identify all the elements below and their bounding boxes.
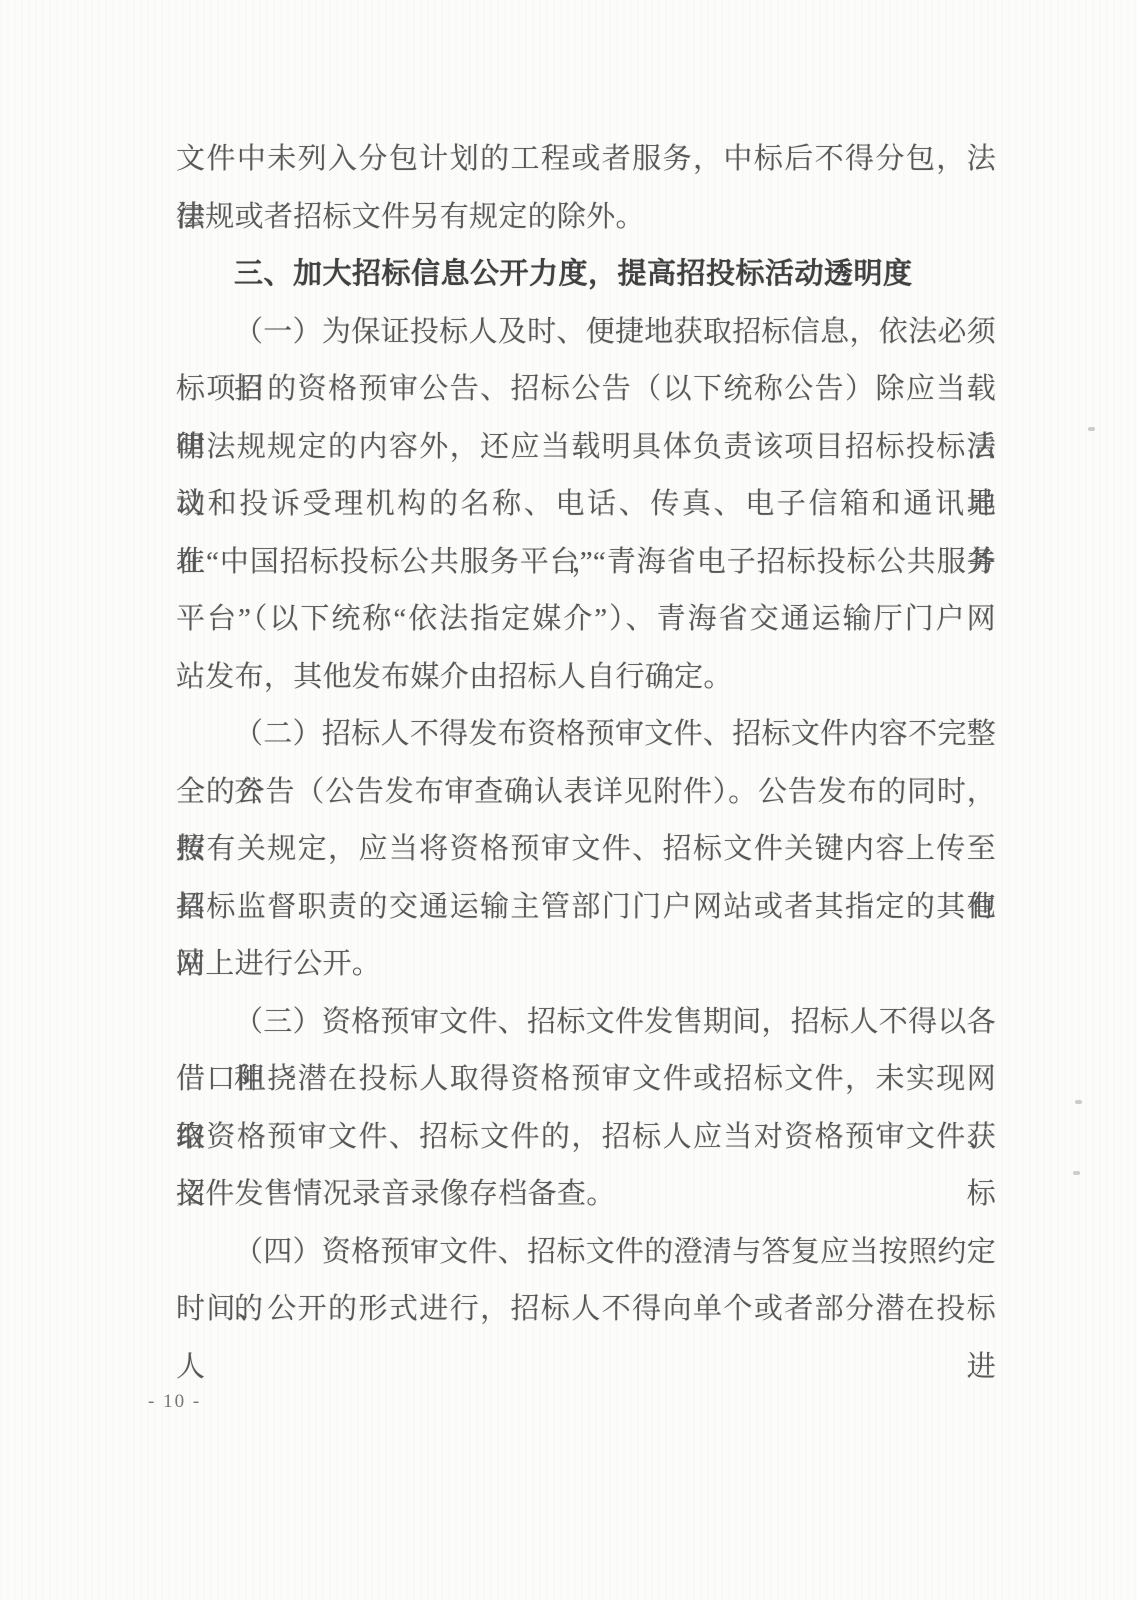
text-line: 全的公告（公告发布审查确认表详见附件）。公告发布的同时，按 [176,764,996,822]
text-line: 在“中国招标投标公共服务平台”“青海省电子招标投标公共服务 [176,534,996,592]
text-line: 法规或者招标文件另有规定的除外。 [176,189,996,247]
text-line: （一）为保证投标人及时、便捷地获取招标信息，依法必须招 [176,304,996,362]
text-line: 文件中未列入分包计划的工程或者服务，中标后不得分包，法律 [176,131,996,189]
document-page: 文件中未列入分包计划的工程或者服务，中标后不得分包，法律法规或者招标文件另有规定… [0,0,1137,1600]
text-line: 议和投诉受理机构的名称、电话、传真、电子信箱和通讯地址，并 [176,476,996,534]
text-line: 招标监督职责的交通运输主管部门门户网站或者其指定的其他网 [176,879,996,937]
text-line: 取资格预审文件、招标文件的，招标人应当对资格预审文件、招标 [176,1109,996,1167]
page-number: - 10 - [148,1390,201,1414]
text-line: 时间、公开的形式进行，招标人不得向单个或者部分潜在投标人进 [176,1281,996,1339]
text-line: 站发布，其他发布媒介由招标人自行确定。 [176,649,996,707]
scan-speck [1088,427,1095,431]
text-line: 平台”（以下统称“依法指定媒介”）、青海省交通运输厅门户网 [176,591,996,649]
text-line: （三）资格预审文件、招标文件发售期间，招标人不得以各种 [176,994,996,1052]
text-line: （四）资格预审文件、招标文件的澄清与答复应当按照约定的 [176,1224,996,1282]
text-line: 律法规规定的内容外，还应当载明具体负责该项目招标投标活动异 [176,419,996,477]
text-line: （二）招标人不得发布资格预审文件、招标文件内容不完整齐 [176,706,996,764]
scan-speck [1075,1100,1082,1104]
text-line: 照有关规定，应当将资格预审文件、招标文件关键内容上传至具有 [176,821,996,879]
text-line: 标项目的资格预审公告、招标公告（以下统称公告）除应当载明法 [176,361,996,419]
text-line: 借口阻挠潜在投标人取得资格预审文件或招标文件，未实现网络获 [176,1051,996,1109]
heading-line: 三、加大招标信息公开力度，提高招投标活动透明度 [176,246,996,304]
text-line: 站上进行公开。 [176,936,996,994]
scan-speck [1073,1171,1080,1175]
text-block: 文件中未列入分包计划的工程或者服务，中标后不得分包，法律法规或者招标文件另有规定… [176,131,996,1339]
